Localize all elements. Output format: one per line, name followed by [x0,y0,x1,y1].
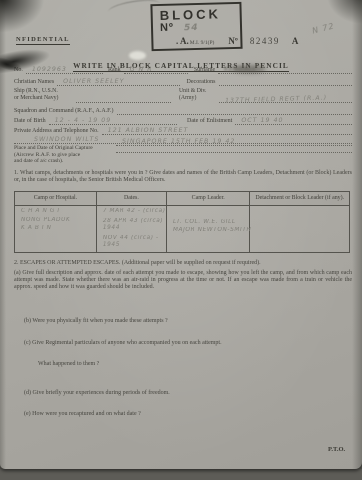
please-turn-over: P.T.O. [328,446,345,453]
block-leader-column [250,206,349,252]
question-2c-followup: What happened to them ? [38,361,99,367]
rank-label: Rank [103,67,124,74]
form-paper: BLOCK Nº54 NFIDENTIAL . A. M.I. 9/1(P) N… [0,0,362,469]
question-2e: (e) How were you recaptured and on what … [24,411,141,417]
ship-label: Ship (R.N., U.S.N.or Merchant Navy) [14,88,76,102]
squadron-label: Squadron and Command (R.A.F., A.A.F.) [14,108,117,115]
unit-div-value: 137TH FIELD REGT (R.A.) [225,95,327,105]
private-address-value-line1: 121 ALBION STREET [108,127,189,134]
camp-leader-entry: MAJOR NEWTON-SMITH [173,227,250,233]
question-2b: (b) Were you physically fit when you mad… [24,318,168,324]
date-of-birth-value: 12 - 4 - 19 09 [55,117,112,124]
camps-table: Camp or Hospital. Dates. Camp Leader. De… [14,191,350,253]
private-address-value-line2: SWINDON WILTS [34,136,99,143]
capture-value: SINGAPORE 15TH FEB 19 42 [122,138,235,145]
ship-field [76,96,171,103]
col-header-block-leader: Detachment or Block Leader (if any). [250,192,349,205]
camp-entry: C H A N G I [21,208,96,214]
capture-field-line1: SINGAPORE 15TH FEB 19 42 [116,145,352,146]
surname-label: Surname [188,67,218,74]
col-header-camp-leader: Camp Leader. [167,192,251,205]
col-header-dates: Dates. [97,192,167,205]
question-1: 1. What camps, detachments or hospitals … [14,170,352,184]
decorations-label: Decorations [180,79,219,86]
camp-entry: NONG PLADUK [21,217,96,223]
confidential-marking: NFIDENTIAL [16,36,70,45]
squadron-field [117,105,352,115]
rank-field: G N R [124,64,188,74]
camp-column: C H A N G I NONG PLADUK K A B I N [15,206,97,252]
dates-column: 7 MAR 42 - (circa) 28 APR 43 (circa) 194… [97,206,167,252]
dates-entry: 7 MAR 42 - (circa) [103,208,166,215]
surname-value: KENDALL [224,66,257,73]
question-2d: (d) Give briefly your experiences during… [24,390,170,396]
form-code: M.I. 9/1(P) [190,40,215,46]
scan-shadow-left-edge [0,0,6,469]
date-of-birth-field: 12 - 4 - 19 09 [49,115,177,125]
camp-entry: K A B I N [21,225,96,231]
col-header-camp: Camp or Hospital. [15,192,97,205]
scan-shadow-right-edge [352,0,362,469]
rank-value: G N R [130,66,153,73]
decorations-field [219,76,352,86]
date-of-birth-label: Date of Birth [14,118,49,125]
surname-field: KENDALL [218,64,352,74]
dates-entry: 28 APR 43 (circa) 1944 [103,218,166,232]
christian-names-value: OLIVER SEELEY [63,78,124,85]
capture-label: Place and Date of Original Capture (Airc… [14,145,116,165]
christian-names-field: OLIVER SEELEY [57,76,179,86]
camps-table-header: Camp or Hospital. Dates. Camp Leader. De… [15,192,349,206]
form-code-line: . A. M.I. 9/1(P) Nº 82439 A [176,36,298,46]
serial-number: 82439 [250,36,280,46]
serial-suffix: A [292,36,299,46]
unit-div-label: Unit & Div.(Army) [171,88,219,102]
date-of-enlistment-value: OCT 19 40 [241,117,283,124]
paper-highlight-spot [129,51,146,60]
date-of-enlistment-label: Date of Enlistment [177,118,235,125]
camp-leader-column: LT. COL. W.E. GILL MAJOR NEWTON-SMITH [167,206,251,252]
unit-div-field: 137TH FIELD REGT (R.A.) [219,96,352,103]
scan-shadow-top-left [0,0,46,34]
stamp-no-label: Nº54 [160,21,240,34]
scanned-pow-form: { "header": { "stamp": { "line1": "BLOCK… [0,0,362,480]
dates-entry: NOV 44 (circa) - 1945 [103,235,166,249]
christian-names-label: Christian Names [14,79,57,86]
capture-field-line2 [116,152,352,153]
question-2a: (a) Give full description and approx. da… [14,270,352,291]
stamp-pencil-entry: 54 [184,23,199,33]
camp-leader-entry: LT. COL. W.E. GILL [173,219,250,225]
date-of-enlistment-field: OCT 19 40 [235,115,352,125]
question-2c: (c) Give Regimental particulars of anyon… [24,340,222,346]
serial-no-symbol: Nº [228,36,237,46]
section-2-heading: 2. ESCAPES OR ATTEMPTED ESCAPES. (Additi… [14,260,261,266]
camps-table-body: C H A N G I NONG PLADUK K A B I N 7 MAR … [15,206,349,252]
form-code-prefix: . A. [176,36,189,46]
